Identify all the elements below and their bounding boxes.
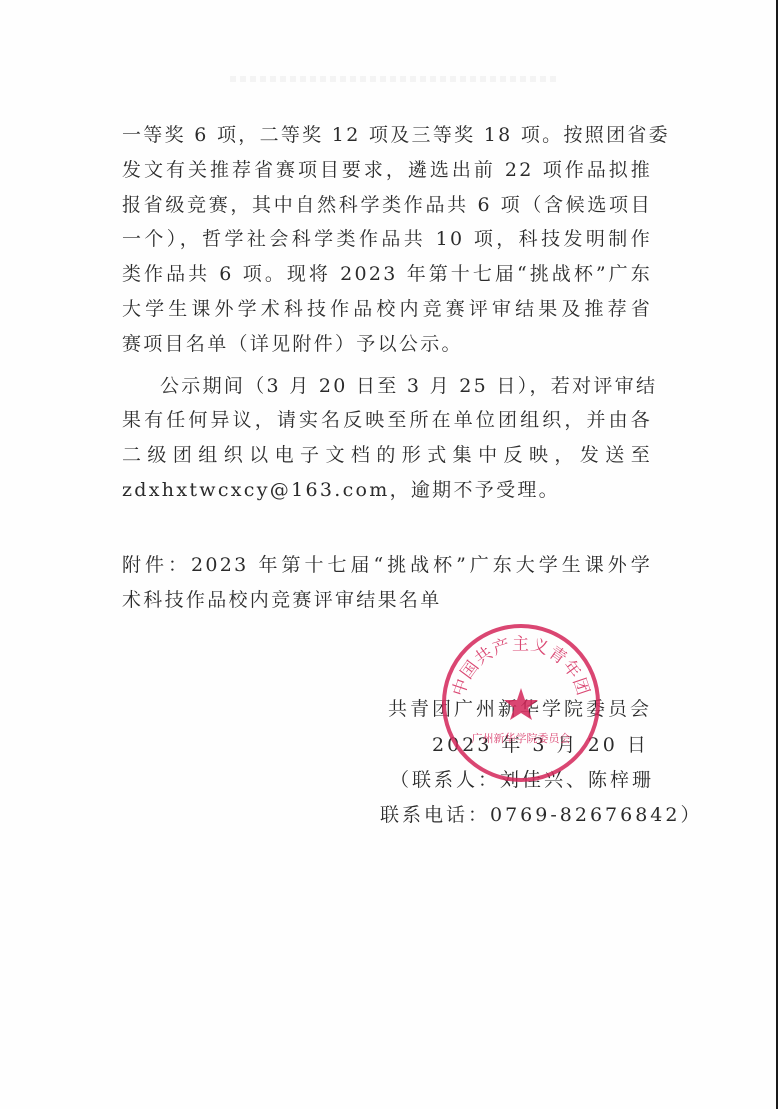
contact-person: （联系人：刘佳兴、陈梓珊 bbox=[390, 768, 654, 792]
contact-phone: 联系电话：0769-82676842） bbox=[380, 803, 702, 827]
svg-text:中国共产主义青年团: 中国共产主义青年团 bbox=[449, 634, 593, 699]
body-line-2: 发文有关推荐省赛项目要求，遴选出前 22 项作品拟推 bbox=[122, 158, 652, 182]
document-page: 一等奖 6 项，二等奖 12 项及三等奖 18 项。按照团省委 发文有关推荐省赛… bbox=[0, 0, 778, 1109]
signature-date: 2023 年 3 月 20 日 bbox=[432, 733, 649, 757]
body-line-6: 大学生课外学术科技作品校内竞赛评审结果及推荐省 bbox=[122, 297, 652, 321]
stamp-arc-text: 中国共产主义青年团 bbox=[449, 634, 593, 699]
signature-organization: 共青团广州新华学院委员会 bbox=[388, 697, 652, 721]
body-line-4: 一个），哲学社会科学类作品共 10 项，科技发明制作 bbox=[122, 227, 652, 251]
body-line-7: 赛项目名单（详见附件）予以公示。 bbox=[122, 332, 652, 356]
notice-line-3: 二级团组织以电子文档的形式集中反映，发送至 bbox=[122, 443, 652, 467]
body-line-5: 类作品共 6 项。现将 2023 年第十七届“挑战杯”广东 bbox=[122, 262, 652, 286]
body-line-1: 一等奖 6 项，二等奖 12 项及三等奖 18 项。按照团省委 bbox=[122, 123, 652, 147]
attachment-line-1: 附件：2023 年第十七届“挑战杯”广东大学生课外学 bbox=[122, 553, 652, 577]
body-line-3: 报省级竞赛，其中自然科学类作品共 6 项（含候选项目 bbox=[122, 193, 652, 217]
notice-line-1: 公示期间（3 月 20 日至 3 月 25 日），若对评审结 bbox=[160, 374, 652, 398]
notice-line-4-email: zdxhxtwcxcy@163.com，逾期不予受理。 bbox=[122, 478, 652, 502]
notice-line-2: 果有任何异议，请实名反映至所在单位团组织，并由各 bbox=[122, 408, 652, 432]
attachment-line-2: 术科技作品校内竞赛评审结果名单 bbox=[122, 588, 652, 612]
faint-bleedthrough bbox=[230, 76, 560, 82]
